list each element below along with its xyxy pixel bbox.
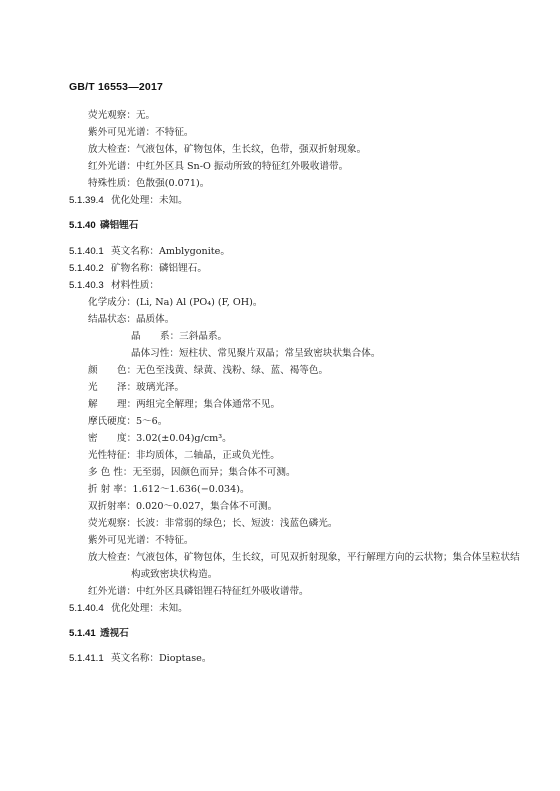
crystal-state: 结晶状态：晶质体。 <box>88 313 174 327</box>
section-text: 优化处理：未知。 <box>111 195 188 206</box>
hardness-property: 摩氏硬度：5～6。 <box>88 415 167 429</box>
section-heading-5-1-40: 5.1.40磷铝锂石 <box>69 219 138 233</box>
label: 密 <box>88 432 117 446</box>
uv-vis-line: 紫外可见光谱：不特征。 <box>88 126 194 140</box>
section-text: 优化处理：未知。 <box>111 603 188 614</box>
value: ：无色至浅黄、绿黄、浅粉、绿、蓝、褐等色。 <box>127 365 328 376</box>
section-number: 5.1.41.1 <box>69 652 111 666</box>
label: 光 <box>88 381 117 395</box>
magnification-continuation: 构或致密块状构造。 <box>131 568 217 582</box>
fluorescence-line: 荧光观察：无。 <box>88 109 155 123</box>
value: ：玻璃光泽。 <box>127 382 185 393</box>
luster-property: 光泽：玻璃光泽。 <box>88 381 184 395</box>
section-number: 5.1.40.4 <box>69 602 111 616</box>
magnification-property: 放大检查：气液包体，矿物包体，生长纹，可见双折射现象，平行解理方向的云状物；集合… <box>88 551 520 565</box>
label: 泽 <box>117 382 127 393</box>
special-property-line: 特殊性质：色散强(0.071)。 <box>88 177 209 191</box>
crystal-habit: 晶体习性：短柱状、常见聚片双晶；常呈致密块状集合体。 <box>131 347 380 361</box>
section-5-1-40-3: 5.1.40.3材料性质： <box>69 279 159 293</box>
label: 颜 <box>88 364 117 378</box>
ir-property: 红外光谱：中红外区具磷铝锂石特征红外吸收谱带。 <box>88 585 309 599</box>
label: 晶 <box>131 330 160 344</box>
label: 度 <box>117 433 127 444</box>
pleochroism-property: 多 色 性：无至弱，因颜色而异；集合体不可测。 <box>88 466 296 480</box>
section-number: 5.1.41 <box>69 627 100 641</box>
value: ：两组完全解理；集合体通常不见。 <box>127 399 281 410</box>
section-5-1-40-1: 5.1.40.1英文名称：Amblygonite。 <box>69 245 230 259</box>
chem-composition: 化学成分：(Li, Na) Al (PO₄) (F, OH)。 <box>88 296 262 310</box>
section-5-1-40-4: 5.1.40.4优化处理：未知。 <box>69 602 188 616</box>
value: ：3.02(±0.04)g/cm³。 <box>127 433 232 444</box>
birefringence-property: 双折射率：0.020～0.027，集合体不可测。 <box>88 500 277 514</box>
cleavage-property: 解理：两组完全解理；集合体通常不见。 <box>88 398 280 412</box>
section-title: 透视石 <box>100 628 129 639</box>
label: 解 <box>88 398 117 412</box>
ir-line: 红外光谱：中红外区具 Sn-O 振动所致的特征红外吸收谱带。 <box>88 160 348 174</box>
section-text: 材料性质： <box>111 280 159 291</box>
section-heading-5-1-41: 5.1.41透视石 <box>69 627 129 641</box>
magnification-line: 放大检查：气液包体，矿物包体，生长纹，色带，强双折射现象。 <box>88 143 366 157</box>
section-5-1-41-1: 5.1.41.1英文名称：Dioptase。 <box>69 652 211 666</box>
density-property: 密度：3.02(±0.04)g/cm³。 <box>88 432 232 446</box>
label: 色 <box>117 365 127 376</box>
section-5-1-39-4: 5.1.39.4优化处理：未知。 <box>69 194 188 208</box>
section-number: 5.1.40 <box>69 219 100 233</box>
refractive-index-property: 折 射 率：1.612～1.636(−0.034)。 <box>88 483 250 497</box>
section-number: 5.1.40.3 <box>69 279 111 293</box>
section-5-1-40-2: 5.1.40.2矿物名称：磷铝锂石。 <box>69 262 207 276</box>
label: 理 <box>117 399 127 410</box>
color-property: 颜色：无色至浅黄、绿黄、浅粉、绿、蓝、褐等色。 <box>88 364 328 378</box>
section-number: 5.1.40.1 <box>69 245 111 259</box>
section-title: 磷铝锂石 <box>100 220 138 231</box>
crystal-system: 晶系：三斜晶系。 <box>131 330 227 344</box>
section-text: 英文名称：Dioptase。 <box>111 653 211 664</box>
optical-property: 光性特征：非均质体，二轴晶，正或负光性。 <box>88 449 280 463</box>
standard-header: GB/T 16553—2017 <box>69 81 163 93</box>
value: ：三斜晶系。 <box>170 331 228 342</box>
section-number: 5.1.40.2 <box>69 262 111 276</box>
fluorescence-property: 荧光观察：长波：非常弱的绿色；长、短波：浅蓝色磷光。 <box>88 517 337 531</box>
document-page: GB/T 16553—2017 荧光观察：无。 紫外可见光谱：不特征。 放大检查… <box>0 0 560 791</box>
section-text: 英文名称：Amblygonite。 <box>111 246 230 257</box>
section-number: 5.1.39.4 <box>69 194 111 208</box>
section-text: 矿物名称：磷铝锂石。 <box>111 263 207 274</box>
label: 系 <box>160 331 170 342</box>
uv-vis-property: 紫外可见光谱：不特征。 <box>88 534 194 548</box>
